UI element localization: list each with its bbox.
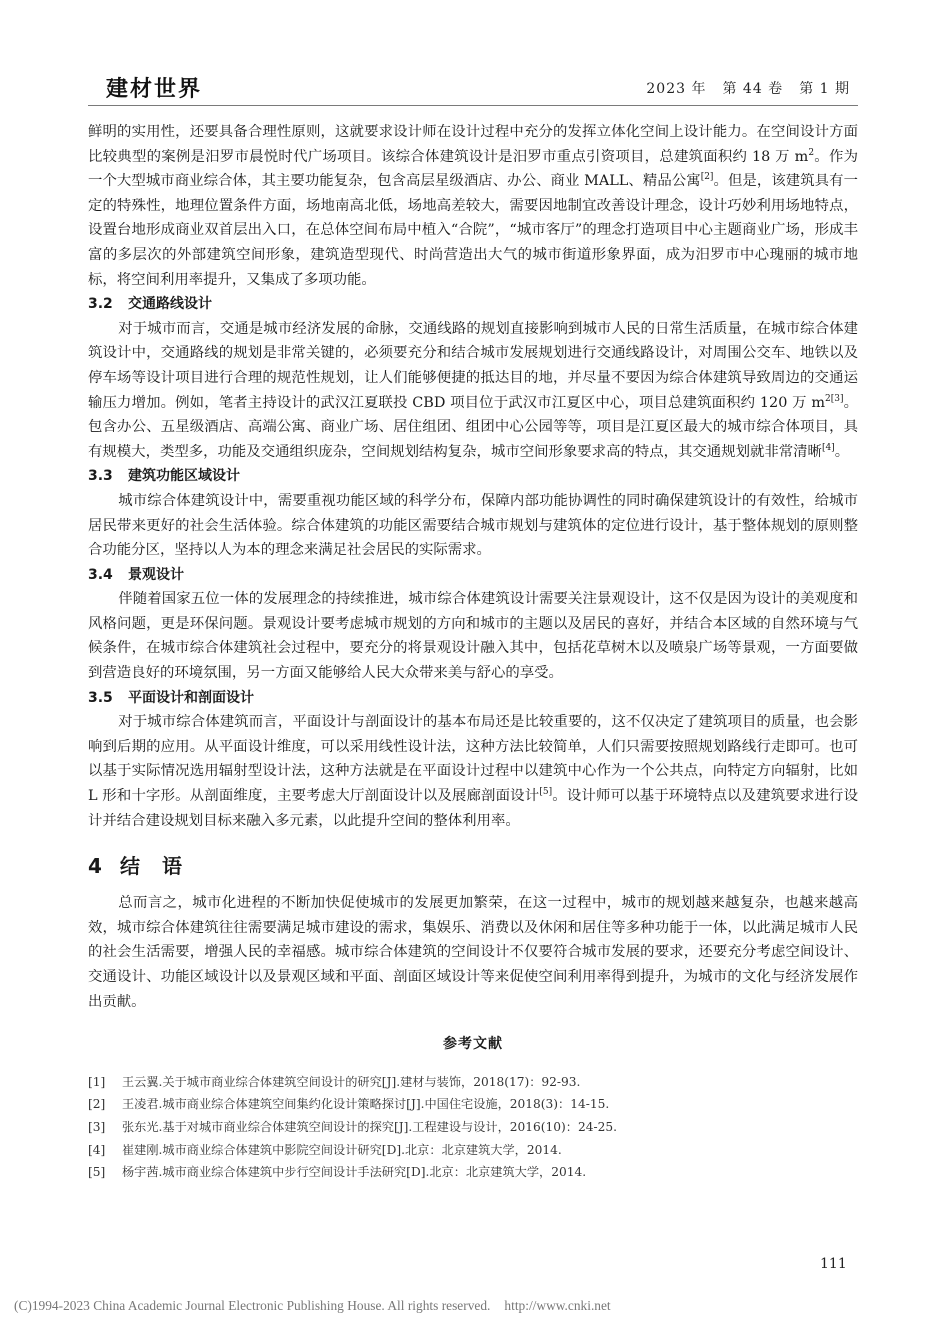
issue-info: 2023 年第 44 卷第 1 期	[630, 78, 850, 98]
section-heading-3-4: 3.4景观设计	[88, 563, 858, 588]
reference-item: [4]崔建刚.城市商业综合体建筑中影院空间设计研究[D].北京：北京建筑大学，2…	[88, 1139, 858, 1162]
reference-item: [1]王云翼.关于城市商业综合体建筑空间设计的研究[J].建材与装饰，2018(…	[88, 1071, 858, 1094]
section-heading-3-3: 3.3建筑功能区域设计	[88, 464, 858, 489]
issue-number: 第 1 期	[799, 81, 850, 97]
conclusion-paragraph: 总而言之，城市化进程的不断加快促使城市的发展更加繁荣，在这一过程中，城市的规划越…	[88, 891, 858, 1014]
section-heading-3-2: 3.2交通路线设计	[88, 292, 858, 317]
reference-item: [2]王凌君.城市商业综合体建筑空间集约化设计策略探讨[J].中国住宅设施，20…	[88, 1093, 858, 1116]
citation-link[interactable]: [5]	[539, 787, 552, 797]
running-header: 建材世界 2023 年第 44 卷第 1 期	[88, 72, 858, 106]
issue-volume: 第 44 卷	[722, 81, 783, 97]
section-heading-conclusion: 4结语	[88, 851, 858, 881]
page-number: 111	[820, 1256, 847, 1272]
intro-paragraph: 鲜明的实用性，还要具备合理性原则，这就要求设计师在设计过程中充分的发挥立体化空间…	[88, 120, 858, 292]
references-list: [1]王云翼.关于城市商业综合体建筑空间设计的研究[J].建材与装饰，2018(…	[88, 1071, 858, 1184]
cnki-link[interactable]: http://www.cnki.net	[504, 1298, 610, 1313]
section-3-3-paragraph: 城市综合体建筑设计中，需要重视功能区域的科学分布，保障内部功能协调性的同时确保建…	[88, 489, 858, 563]
reference-item: [5]杨宇茜.城市商业综合体建筑中步行空间设计手法研究[D].北京：北京建筑大学…	[88, 1161, 858, 1184]
issue-year: 2023 年	[646, 81, 706, 97]
references-heading: 参考文献	[88, 1032, 858, 1057]
citation-link[interactable]: [3]	[831, 394, 844, 404]
section-3-2-paragraph: 对于城市而言，交通是城市经济发展的命脉，交通线路的规划直接影响到城市人民的日常生…	[88, 317, 858, 465]
reference-item: [3]张东光.基于对城市商业综合体建筑空间设计的探究[J].工程建设与设计，20…	[88, 1116, 858, 1139]
article-body: 鲜明的实用性，还要具备合理性原则，这就要求设计师在设计过程中充分的发挥立体化空间…	[88, 120, 858, 1184]
journal-name: 建材世界	[106, 72, 202, 103]
citation-link[interactable]: [2]	[701, 172, 714, 182]
section-heading-3-5: 3.5平面设计和剖面设计	[88, 686, 858, 711]
section-3-4-paragraph: 伴随着国家五位一体的发展理念的持续推进，城市综合体建筑设计需要关注景观设计，这不…	[88, 587, 858, 685]
copyright-text: (C)1994-2023 China Academic Journal Elec…	[14, 1298, 490, 1313]
copyright-footer: (C)1994-2023 China Academic Journal Elec…	[14, 1298, 611, 1314]
citation-link[interactable]: [4]	[822, 443, 835, 453]
section-3-5-paragraph: 对于城市综合体建筑而言，平面设计与剖面设计的基本布局还是比较重要的，这不仅决定了…	[88, 710, 858, 833]
